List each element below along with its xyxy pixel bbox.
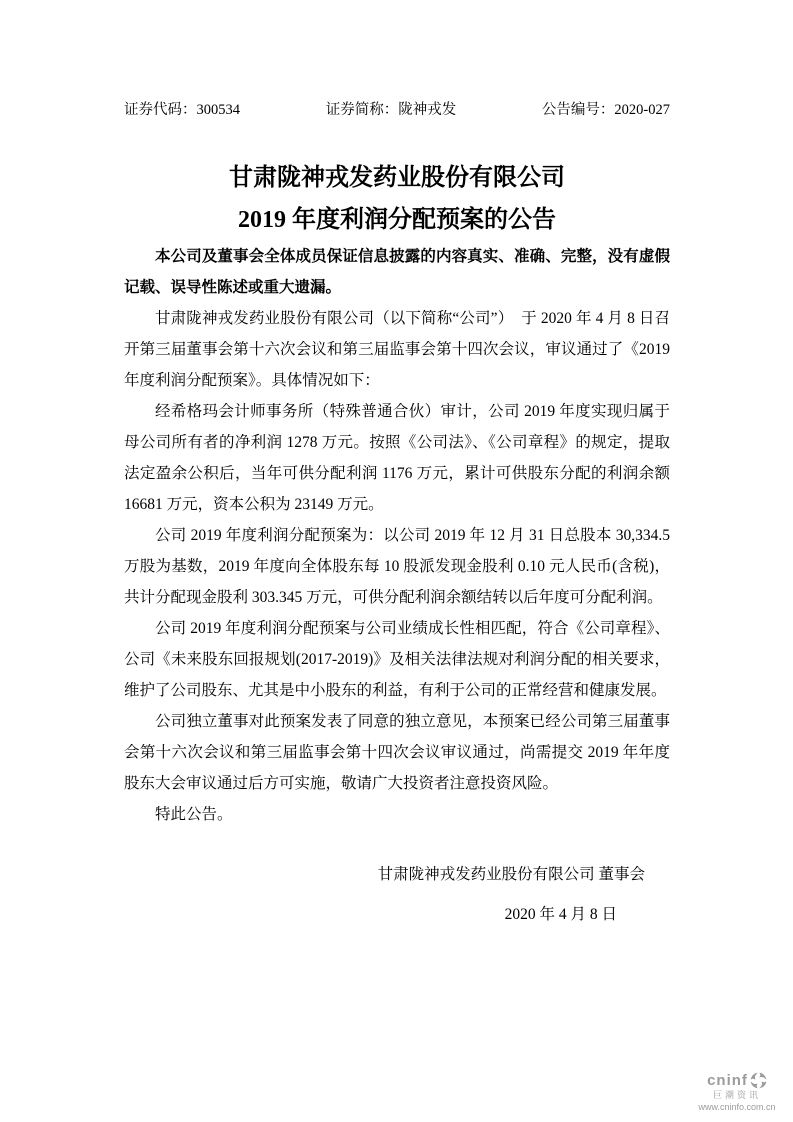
document-title: 甘肃陇神戎发药业股份有限公司 2019 年度利润分配预案的公告 [124, 157, 670, 241]
document-body: 本公司及董事会全体成员保证信息披露的内容真实、准确、完整，没有虚假记载、误导性陈… [124, 241, 670, 930]
cninfo-chinese-name: 巨潮资讯 [689, 1090, 785, 1100]
paragraph-distribution-plan: 公司 2019 年度利润分配预案为：以公司 2019 年 12 月 31 日总股… [124, 520, 670, 613]
paragraph-meeting-approval: 甘肃陇神戎发药业股份有限公司（以下简称“公司”） 于 2020 年 4 月 8 … [124, 303, 670, 396]
security-name: 证券简称：陇神戎发 [326, 100, 457, 120]
document-header: 证券代码：300534 证券简称：陇神戎发 公告编号：2020-027 [124, 100, 670, 120]
paragraph-independent-directors: 公司独立董事对此预案发表了同意的独立意见，本预案已经公司第三届董事会第十六次会议… [124, 706, 670, 799]
cninfo-brand-row: cninf [689, 1072, 785, 1089]
cninfo-url: www.cninfo.com.cn [689, 1102, 785, 1112]
closing-statement: 特此公告。 [124, 799, 670, 830]
signature-company: 甘肃陇神戎发药业股份有限公司 董事会 [124, 859, 645, 890]
signature-date: 2020 年 4 月 8 日 [124, 899, 617, 930]
cninfo-brand-text: cninf [707, 1072, 748, 1089]
cninfo-watermark: cninf 巨潮资讯 www.cninfo.com.cn [689, 1072, 785, 1112]
paragraph-compliance: 公司 2019 年度利润分配预案与公司业绩成长性相匹配，符合《公司章程》、公司《… [124, 613, 670, 706]
paragraph-audit-results: 经希格玛会计师事务所（特殊普通合伙）审计，公司 2019 年度实现归属于母公司所… [124, 396, 670, 520]
cninfo-swirl-logo-icon [750, 1072, 767, 1089]
signature-block: 甘肃陇神戎发药业股份有限公司 董事会 2020 年 4 月 8 日 [124, 859, 670, 930]
disclaimer-notice: 本公司及董事会全体成员保证信息披露的内容真实、准确、完整，没有虚假记载、误导性陈… [124, 241, 670, 303]
document-page: 证券代码：300534 证券简称：陇神戎发 公告编号：2020-027 甘肃陇神… [0, 0, 793, 1122]
document-title-line1: 甘肃陇神戎发药业股份有限公司 [124, 157, 670, 199]
announcement-number: 公告编号：2020-027 [542, 100, 670, 120]
document-title-line2: 2019 年度利润分配预案的公告 [124, 199, 670, 241]
security-code: 证券代码：300534 [124, 100, 240, 120]
